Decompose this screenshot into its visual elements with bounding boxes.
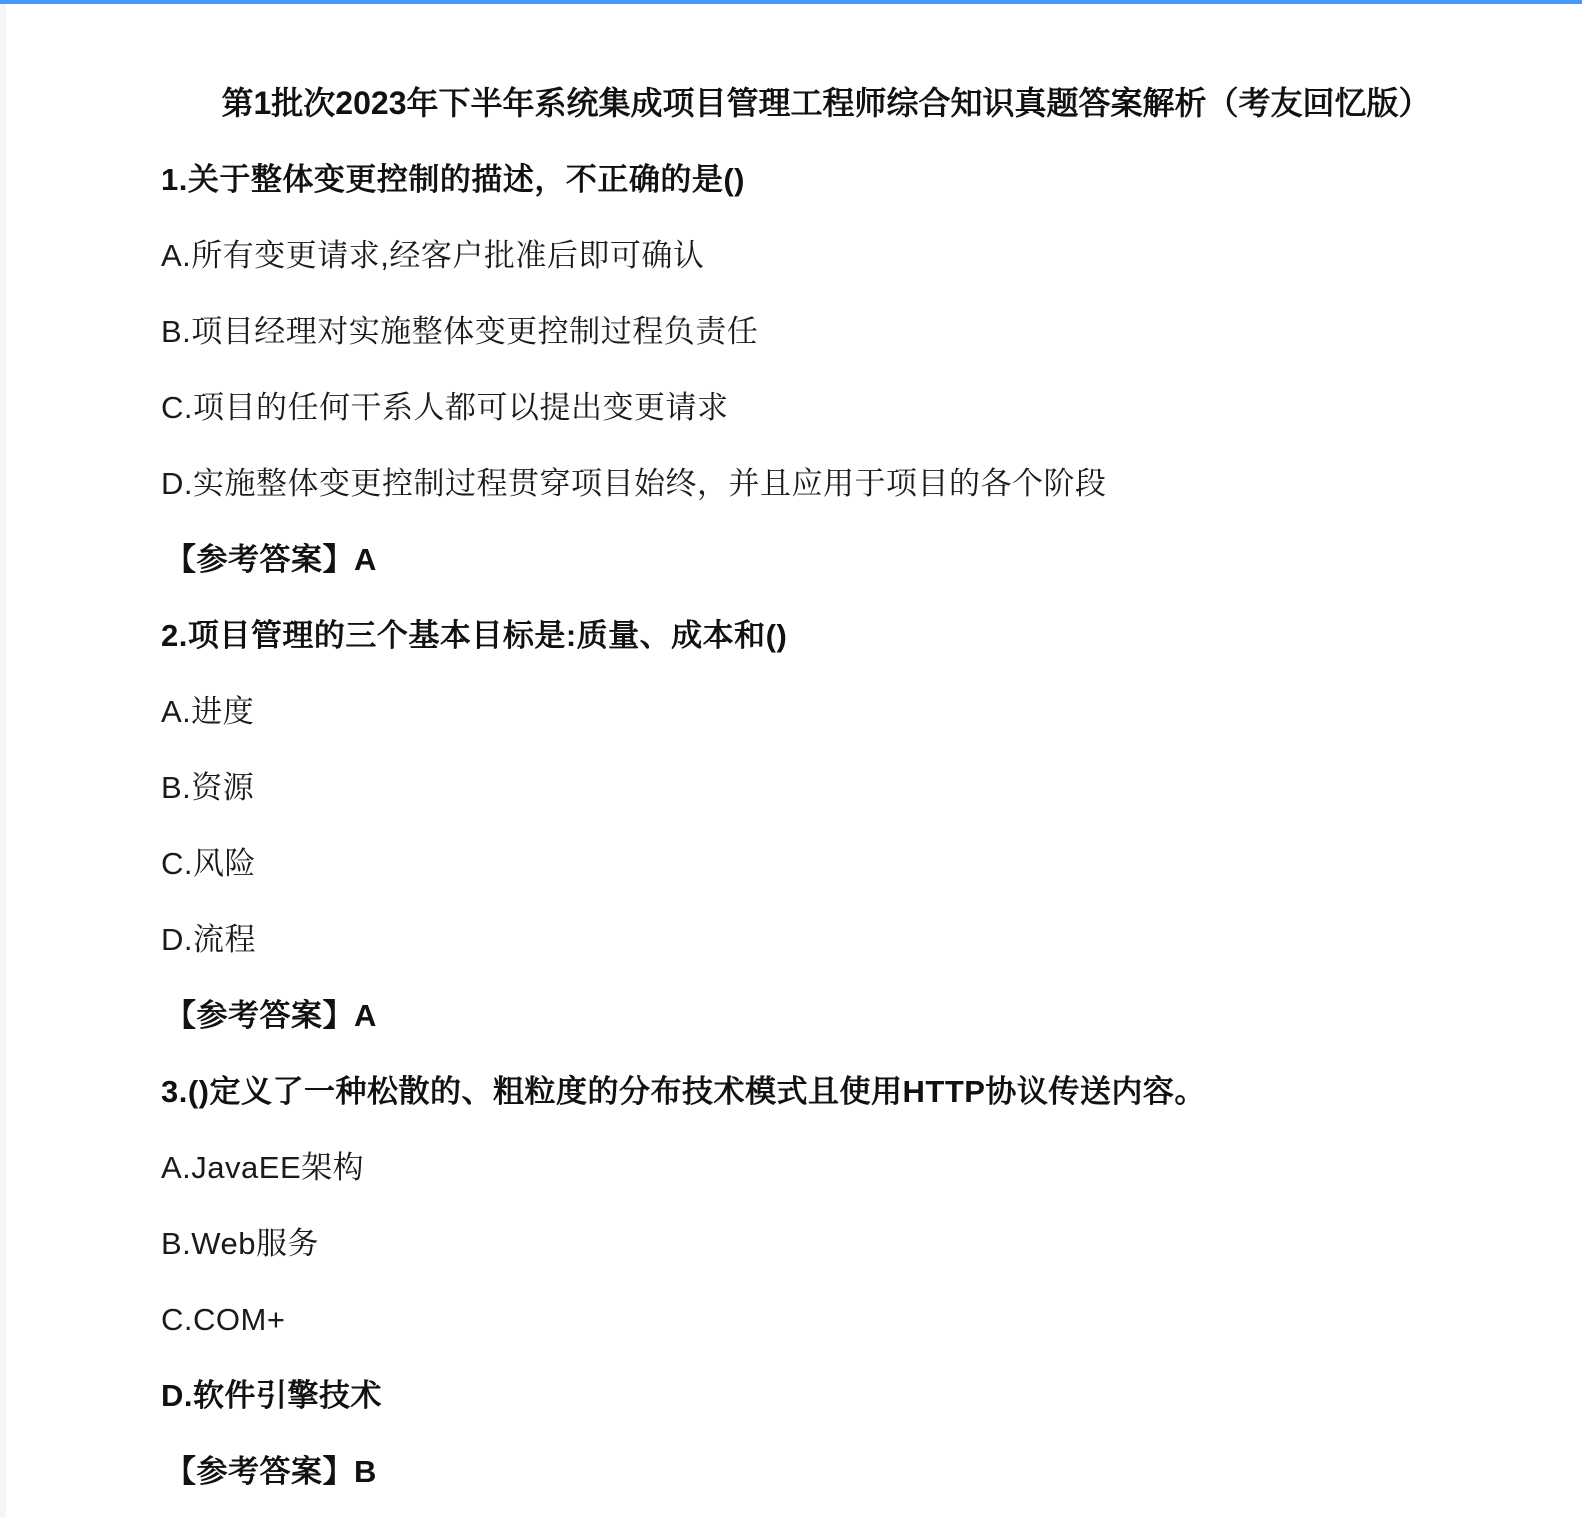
- question-1-option-c: C.项目的任何干系人都可以提出变更请求: [161, 388, 729, 428]
- question-1-option-a: A.所有变更请求,经客户批准后即可确认: [161, 236, 704, 276]
- question-2-option-a: A.进度: [161, 692, 254, 732]
- document-title: 第1批次2023年下半年系统集成项目管理工程师综合知识真题答案解析（考友回忆版）: [6, 83, 1582, 123]
- question-2-answer: 【参考答案】A: [165, 996, 377, 1036]
- question-1-option-d: D.实施整体变更控制过程贯穿项目始终，并且应用于项目的各个阶段: [161, 464, 1107, 504]
- question-1-answer: 【参考答案】A: [165, 540, 377, 580]
- question-1-option-b: B.项目经理对实施整体变更控制过程负责任: [161, 312, 758, 352]
- question-2-option-d: D.流程: [161, 920, 256, 960]
- document-page: 第1批次2023年下半年系统集成项目管理工程师综合知识真题答案解析（考友回忆版）…: [6, 4, 1582, 1518]
- question-3-option-d: D.软件引擎技术: [161, 1376, 382, 1416]
- question-3-option-a: A.JavaEE架构: [161, 1148, 364, 1188]
- question-2-option-b: B.资源: [161, 768, 254, 808]
- question-3-answer: 【参考答案】B: [165, 1452, 377, 1492]
- question-3-option-c: C.COM+: [161, 1300, 285, 1340]
- question-2-option-c: C.风险: [161, 844, 256, 884]
- question-3: 3.()定义了一种松散的、粗粒度的分布技术模式且使用HTTP协议传送内容。: [161, 1072, 1206, 1112]
- question-3-option-b: B.Web服务: [161, 1224, 319, 1264]
- question-1: 1.关于整体变更控制的描述，不正确的是(): [161, 160, 745, 200]
- question-2: 2.项目管理的三个基本目标是:质量、成本和(): [161, 616, 787, 656]
